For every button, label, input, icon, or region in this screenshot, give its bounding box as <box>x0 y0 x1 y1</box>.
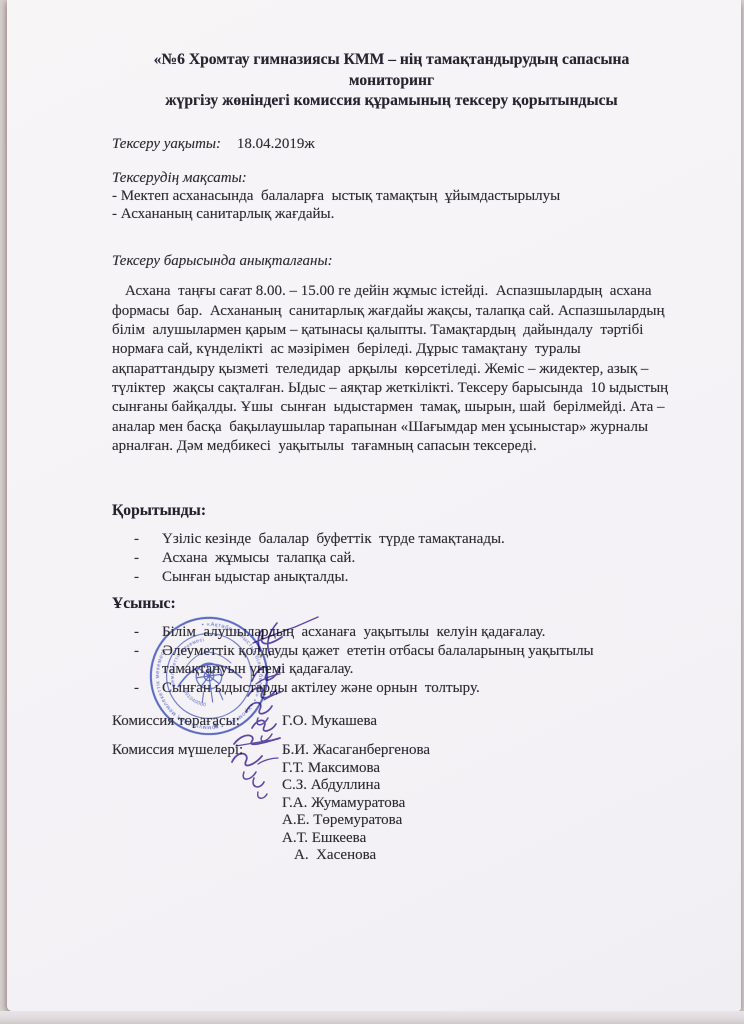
member-row: Г.А. Жумамуратова <box>112 795 671 813</box>
member-row: А.Е. Төремуратова <box>112 812 671 830</box>
member-name: А. Хасенова <box>282 847 376 865</box>
bullet-dash: - <box>112 549 162 568</box>
bullet-dash: - <box>112 623 162 642</box>
check-time-row: Тексеру уақыты: 18.04.2019ж <box>112 136 671 153</box>
scanned-document-page: { "document": { "title_line1": "«№6 Хром… <box>0 0 744 1024</box>
recommendation-heading: Ұсыныс: <box>112 595 671 613</box>
scan-bottom-edge <box>0 1011 744 1024</box>
purpose-item-1: - Мектеп асханасында балаларға ыстық там… <box>112 187 671 205</box>
findings-paragraph: Асхана таңғы сағат 8.00. – 15.00 ге дейі… <box>112 282 671 456</box>
member-name: Г.А. Жумамуратова <box>282 795 405 813</box>
member-name: Г.Т. Максимова <box>282 760 380 778</box>
recommendation-item-text: Сынған ыдыстарды актілеу және орнын толт… <box>162 679 671 698</box>
conclusion-heading: Қорытынды: <box>112 502 671 520</box>
member-row: А.Т. Ешкеева <box>112 830 671 848</box>
check-time-label: Тексеру уақыты: <box>112 136 221 152</box>
purpose-heading: Тексерудің мақсаты: <box>112 170 671 187</box>
list-item: - Асхана жұмысы талапқа сай. <box>112 549 671 568</box>
recommendation-item-text: Әлеуметтік қолдауды қажет ететін отбасы … <box>162 642 671 679</box>
conclusion-item-text: Сынған ыдыстар анықталды. <box>162 568 671 587</box>
bullet-dash: - <box>112 679 162 698</box>
purpose-item-2: - Асхананың санитарлық жағдайы. <box>112 205 671 223</box>
scanned-paper-sheet: «№6 Хромтау гимназиясы КММ – нің тамақта… <box>7 0 741 1011</box>
conclusion-item-text: Асхана жұмысы талапқа сай. <box>162 549 671 568</box>
member-row: Комиссия мүшелері: Б.И. Жасаганбергенова <box>112 742 671 760</box>
chairman-label: Комиссия төрағасы: <box>112 712 282 732</box>
member-name: Б.И. Жасаганбергенова <box>282 742 430 760</box>
document-title: «№6 Хромтау гимназиясы КММ – нің тамақта… <box>112 50 671 112</box>
chairman-row: Комиссия төрағасы: Г.О. Мукашева <box>112 712 671 732</box>
findings-heading: Тексеру барысында анықталғаны: <box>112 253 671 270</box>
bullet-dash: - <box>112 642 162 679</box>
member-row: Г.Т. Максимова <box>112 760 671 778</box>
member-name: А.Т. Ешкеева <box>282 830 366 848</box>
recommendation-item-text: Білім алушылардың асханаға уақытылы келу… <box>162 623 671 642</box>
list-item: - Сынған ыдыстар анықталды. <box>112 568 671 587</box>
title-line-2: жүргізу жөніндегі комиссия құрамының тек… <box>112 91 671 112</box>
list-item: - Үзіліс кезінде балалар буфеттік түрде … <box>112 530 671 549</box>
list-item: - Білім алушылардың асханаға уақытылы ке… <box>112 623 671 642</box>
conclusion-item-text: Үзіліс кезінде балалар буфеттік түрде та… <box>162 530 671 549</box>
bullet-dash: - <box>112 568 162 587</box>
list-item: - Әлеуметтік қолдауды қажет ететін отбас… <box>112 642 671 679</box>
member-row: А. Хасенова <box>112 847 671 865</box>
document-body: «№6 Хромтау гимназиясы КММ – нің тамақта… <box>7 0 741 865</box>
member-name: А.Е. Төремуратова <box>282 812 402 830</box>
conclusion-list: - Үзіліс кезінде балалар буфеттік түрде … <box>112 530 671 586</box>
commission-signature-block: Комиссия төрағасы: Г.О. Мукашева Комисси… <box>112 712 671 865</box>
chairman-name: Г.О. Мукашева <box>282 712 377 732</box>
check-time-value: 18.04.2019ж <box>237 136 315 152</box>
members-label: Комиссия мүшелері: <box>112 742 282 760</box>
member-row: С.З. Абдуллина <box>112 777 671 795</box>
title-line-1: «№6 Хромтау гимназиясы КММ – нің тамақта… <box>112 50 671 91</box>
bullet-dash: - <box>112 530 162 549</box>
recommendation-list: - Білім алушылардың асханаға уақытылы ке… <box>112 623 671 697</box>
list-item: - Сынған ыдыстарды актілеу және орнын то… <box>112 679 671 698</box>
member-name: С.З. Абдуллина <box>282 777 380 795</box>
